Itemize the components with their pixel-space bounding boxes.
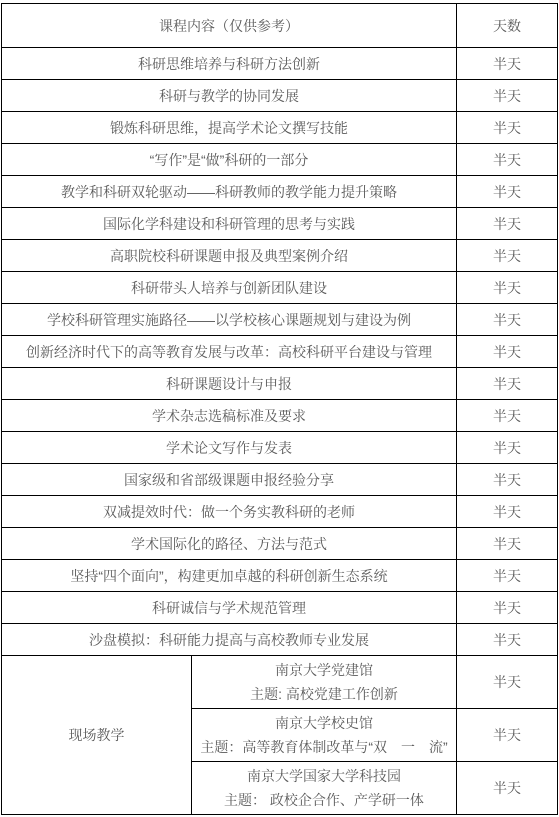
course-row: 国家级和省部级课题申报经验分享半天 xyxy=(2,464,558,496)
course-row: 科研诚信与学术规范管理半天 xyxy=(2,592,558,624)
venue-theme: 主题：高等教育体制改革与“双 一 流” xyxy=(196,735,452,759)
course-row: 科研课题设计与申报半天 xyxy=(2,368,558,400)
venue-content: 南京大学校史馆 主题：高等教育体制改革与“双 一 流” 大学建设 xyxy=(196,710,452,761)
header-course-cell: 课程内容（仅供参考） xyxy=(2,4,457,48)
course-cell: 教学和科研双轮驱动——科研教师的教学能力提升策略 xyxy=(2,176,457,208)
course-row: 坚持“四个面向”，构建更加卓越的科研创新生态系统半天 xyxy=(2,560,558,592)
days-cell: 半天 xyxy=(457,80,558,112)
course-row: 沙盘模拟：科研能力提高与高校教师专业发展半天 xyxy=(2,624,558,656)
days-cell: 半天 xyxy=(457,762,558,815)
course-schedule-table: 课程内容（仅供参考） 天数 科研思维培养与科研方法创新半天 科研与教学的协同发展… xyxy=(1,3,558,815)
course-row: “写作”是“做”科研的一部分半天 xyxy=(2,144,558,176)
course-cell: 科研诚信与学术规范管理 xyxy=(2,592,457,624)
days-cell: 半天 xyxy=(457,368,558,400)
course-cell: 学术论文写作与发表 xyxy=(2,432,457,464)
course-row: 锻炼科研思维，提高学术论文撰写技能半天 xyxy=(2,112,558,144)
days-cell: 半天 xyxy=(457,432,558,464)
course-row: 国际化学科建设和科研管理的思考与实践半天 xyxy=(2,208,558,240)
course-cell: 双减提效时代：做一个务实教科研的老师 xyxy=(2,496,457,528)
course-cell: 锻炼科研思维，提高学术论文撰写技能 xyxy=(2,112,457,144)
course-row: 学校科研管理实施路径——以学校核心课题规划与建设为例半天 xyxy=(2,304,558,336)
venue-cell: 南京大学党建馆 主题: 高校党建工作创新 xyxy=(192,656,457,709)
course-cell: 科研与教学的协同发展 xyxy=(2,80,457,112)
course-cell: 科研思维培养与科研方法创新 xyxy=(2,48,457,80)
venue-content: 南京大学党建馆 主题: 高校党建工作创新 xyxy=(196,657,452,708)
venue-name: 南京大学党建馆 xyxy=(196,658,452,682)
days-cell: 半天 xyxy=(457,560,558,592)
onsite-teaching-row: 现场教学 南京大学党建馆 主题: 高校党建工作创新 半天 xyxy=(2,656,558,709)
course-cell: 学校科研管理实施路径——以学校核心课题规划与建设为例 xyxy=(2,304,457,336)
venue-cell: 南京大学校史馆 主题：高等教育体制改革与“双 一 流” 大学建设 xyxy=(192,709,457,762)
header-days-cell: 天数 xyxy=(457,4,558,48)
days-cell: 半天 xyxy=(457,496,558,528)
course-row: 学术论文写作与发表半天 xyxy=(2,432,558,464)
venue-name: 南京大学国家大学科技园 xyxy=(196,764,452,788)
course-row: 学术国际化的路径、方法与范式半天 xyxy=(2,528,558,560)
days-cell: 半天 xyxy=(457,400,558,432)
days-cell: 半天 xyxy=(457,464,558,496)
days-cell: 半天 xyxy=(457,176,558,208)
course-cell: 科研带头人培养与创新团队建设 xyxy=(2,272,457,304)
course-cell: 学术国际化的路径、方法与范式 xyxy=(2,528,457,560)
venue-cell: 南京大学国家大学科技园 主题： 政校企合作、产学研一体 xyxy=(192,762,457,815)
course-cell: 坚持“四个面向”，构建更加卓越的科研创新生态系统 xyxy=(2,560,457,592)
course-row: 创新经济时代下的高等教育发展与改革：高校科研平台建设与管理半天 xyxy=(2,336,558,368)
course-row: 教学和科研双轮驱动——科研教师的教学能力提升策略半天 xyxy=(2,176,558,208)
venue-theme: 主题: 高校党建工作创新 xyxy=(196,682,452,706)
onsite-label-cell: 现场教学 xyxy=(2,656,192,815)
days-cell: 半天 xyxy=(457,144,558,176)
course-cell: 沙盘模拟：科研能力提高与高校教师专业发展 xyxy=(2,624,457,656)
venue-name: 南京大学校史馆 xyxy=(196,711,452,735)
course-row: 高职院校科研课题申报及典型案例介绍半天 xyxy=(2,240,558,272)
days-cell: 半天 xyxy=(457,592,558,624)
days-cell: 半天 xyxy=(457,48,558,80)
days-cell: 半天 xyxy=(457,112,558,144)
venue-theme: 主题： 政校企合作、产学研一体 xyxy=(196,788,452,812)
course-row: 科研思维培养与科研方法创新半天 xyxy=(2,48,558,80)
days-cell: 半天 xyxy=(457,208,558,240)
days-cell: 半天 xyxy=(457,272,558,304)
course-row: 双减提效时代：做一个务实教科研的老师半天 xyxy=(2,496,558,528)
course-cell: 科研课题设计与申报 xyxy=(2,368,457,400)
days-cell: 半天 xyxy=(457,240,558,272)
course-cell: 学术杂志选稿标准及要求 xyxy=(2,400,457,432)
days-cell: 半天 xyxy=(457,304,558,336)
course-cell: 创新经济时代下的高等教育发展与改革：高校科研平台建设与管理 xyxy=(2,336,457,368)
venue-content: 南京大学国家大学科技园 主题： 政校企合作、产学研一体 xyxy=(196,763,452,814)
days-cell: 半天 xyxy=(457,624,558,656)
days-cell: 半天 xyxy=(457,709,558,762)
days-cell: 半天 xyxy=(457,656,558,709)
header-row: 课程内容（仅供参考） 天数 xyxy=(2,4,558,48)
course-row: 学术杂志选稿标准及要求半天 xyxy=(2,400,558,432)
course-cell: 国家级和省部级课题申报经验分享 xyxy=(2,464,457,496)
venue-theme-overflow: 大学建设 xyxy=(196,759,452,761)
course-cell: “写作”是“做”科研的一部分 xyxy=(2,144,457,176)
course-row: 科研带头人培养与创新团队建设半天 xyxy=(2,272,558,304)
course-cell: 高职院校科研课题申报及典型案例介绍 xyxy=(2,240,457,272)
days-cell: 半天 xyxy=(457,528,558,560)
course-cell: 国际化学科建设和科研管理的思考与实践 xyxy=(2,208,457,240)
days-cell: 半天 xyxy=(457,336,558,368)
course-row: 科研与教学的协同发展半天 xyxy=(2,80,558,112)
